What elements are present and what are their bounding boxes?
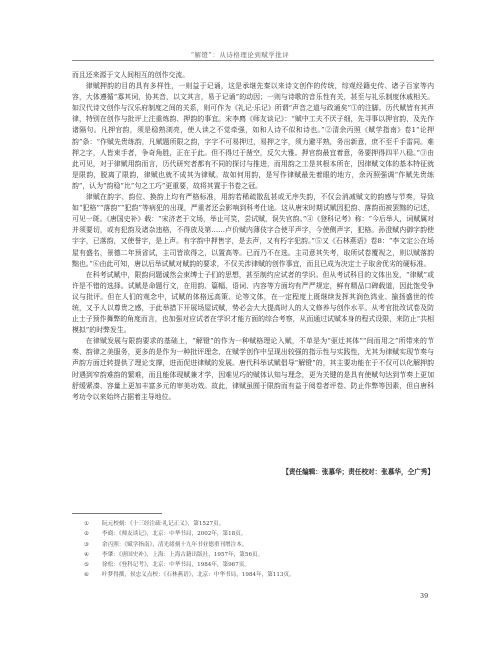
- footnote-text: 叶梦得撰，侯忠义点校：《石林燕语》，北京：中华书局，1984年，第113页。: [102, 570, 295, 580]
- article-body: 而且还来源于文人间相互的创作交流。 律赋押韵的目的具有多样性，一则益于记诵，这是…: [72, 70, 434, 403]
- paragraph: 在科考试赋中，限韵问题诚然会束缚士子们的思想，甚至制约应试者的学识。但从考试科目…: [72, 270, 434, 337]
- footnote-mark: ①: [84, 519, 102, 529]
- footnote-mark: ③: [84, 540, 102, 550]
- header-divider: [72, 60, 434, 61]
- footnote-item: ⑤徐松：《登科记考》，北京：中华书局，1984年，第967页。: [84, 560, 424, 570]
- footnote-item: ①阮元校刻：《十三经注疏·礼记正义》，第1527页。: [84, 519, 424, 529]
- footnote-text: 李廌：《师友谈记》，北京：中华书局，2002年，第18页。: [102, 529, 246, 539]
- paragraph: 律赋押韵的目的具有多样性，一则益于记诵，这是承继先秦以来诗文创作的传统，综观经籍…: [72, 81, 434, 192]
- footnotes: ①阮元校刻：《十三经注疏·礼记正义》，第1527页。 ②李廌：《师友谈记》，北京…: [84, 519, 424, 581]
- footnote-item: ④李肇：《唐国史补》，上海：上海古籍出版社，1957年，第56页。: [84, 550, 424, 560]
- footnote-divider: [72, 513, 162, 514]
- paragraph: 而且还来源于文人间相互的创作交流。: [72, 70, 434, 81]
- footnote-text: 余丙照：《赋学指南》，清光绪刻十九年书业德重刊增注本。: [102, 540, 247, 550]
- footnote-text: 李肇：《唐国史补》，上海：上海古籍出版社，1957年，第56页。: [102, 550, 263, 560]
- footnote-item: ⑥叶梦得撰，侯忠义点校：《石林燕语》，北京：中华书局，1984年，第113页。: [84, 570, 424, 580]
- footnote-mark: ②: [84, 529, 102, 539]
- footnote-item: ②李廌：《师友谈记》，北京：中华书局，2002年，第18页。: [84, 529, 424, 539]
- paragraph: 律赋在韵字、韵位、换韵上均有严格标准，用韵若稀疏散乱甚或无序失韵，不仅会消减赋文…: [72, 192, 434, 270]
- footnote-mark: ④: [84, 550, 102, 560]
- footnote-text: 徐松：《登科记考》，北京：中华书局，1984年，第967页。: [102, 560, 250, 570]
- footnote-item: ③余丙照：《赋学指南》，清光绪刻十九年书业德重刊增注本。: [84, 540, 424, 550]
- editor-credit: 【责任编辑：张慕华；责任校对：张慕华，仝广秀】: [72, 466, 434, 476]
- footnote-text: 阮元校刻：《十三经注疏·礼记正义》，第1527页。: [102, 519, 224, 529]
- footnote-mark: ⑥: [84, 570, 102, 580]
- running-title: “解镫”：从诗格理论到赋学批评: [0, 50, 480, 59]
- paragraph: 在律赋发展与限韵要求的基础上，“解镫”的作为一种赋格理论入赋，不单是为“驱迁其体…: [72, 336, 434, 403]
- page-number: 39: [420, 592, 428, 600]
- footnote-mark: ⑤: [84, 560, 102, 570]
